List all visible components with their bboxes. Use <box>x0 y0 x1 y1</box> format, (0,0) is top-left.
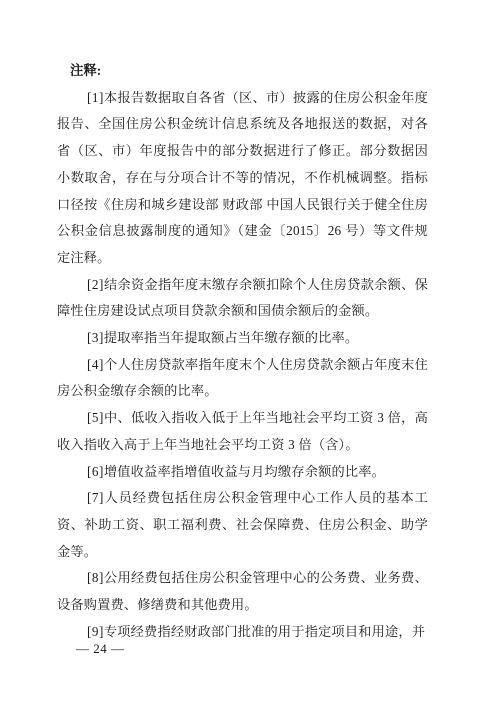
notes-heading: 注释: <box>57 58 428 85</box>
note-label-4: [4] <box>87 357 104 372</box>
page-number: — 24 — <box>76 639 125 659</box>
note-text-8: 公用经费包括住房公积金管理中心的公务费、业务费、设备购置费、修缮费和其他费用。 <box>57 570 428 612</box>
note-paragraph-8: [8]公用经费包括住房公积金管理中心的公务费、业务费、设备购置费、修缮费和其他费… <box>57 565 428 618</box>
note-text-6: 增值收益率指增值收益与月均缴存余额的比率。 <box>104 464 385 479</box>
note-text-3: 提取率指当年提取额占当年缴存额的比率。 <box>104 330 358 345</box>
note-text-9: 专项经费指经财政部门批准的用于指定项目和用途，并 <box>104 624 425 639</box>
note-paragraph-2: [2]结余资金指年度末缴存余额扣除个人住房贷款余额、保障性住房建设试点项目贷款余… <box>57 272 428 325</box>
note-label-3: [3] <box>87 330 104 345</box>
note-text-4: 个人住房贷款率指年度末个人住房贷款余额占年度末住房公积金缴存余额的比率。 <box>57 357 428 399</box>
note-label-5: [5] <box>87 410 104 425</box>
note-paragraph-3: [3]提取率指当年提取额占当年缴存额的比率。 <box>57 325 428 352</box>
note-text-5: 中、低收入指收入低于上年当地社会平均工资 3 倍，高收入指收入高于上年当地社会平… <box>57 410 428 452</box>
note-paragraph-1: [1]本报告数据取自各省（区、市）披露的住房公积金年度报告、全国住房公积金统计信… <box>57 85 428 272</box>
note-label-6: [6] <box>87 464 104 479</box>
note-text-2: 结余资金指年度末缴存余额扣除个人住房贷款余额、保障性住房建设试点项目贷款余额和国… <box>57 277 428 319</box>
notes-section: 注释: [1]本报告数据取自各省（区、市）披露的住房公积金年度报告、全国住房公积… <box>57 58 428 645</box>
note-text-1: 本报告数据取自各省（区、市）披露的住房公积金年度报告、全国住房公积金统计信息系统… <box>57 90 428 265</box>
note-label-9: [9] <box>87 624 104 639</box>
note-label-8: [8] <box>87 570 104 585</box>
note-paragraph-4: [4]个人住房贷款率指年度末个人住房贷款余额占年度末住房公积金缴存余额的比率。 <box>57 352 428 405</box>
note-label-1: [1] <box>87 90 104 105</box>
note-label-7: [7] <box>87 490 104 505</box>
note-label-2: [2] <box>87 277 104 292</box>
note-paragraph-7: [7]人员经费包括住房公积金管理中心工作人员的基本工资、补助工资、职工福利费、社… <box>57 485 428 565</box>
document-page: 注释: [1]本报告数据取自各省（区、市）披露的住房公积金年度报告、全国住房公积… <box>0 0 500 707</box>
note-text-7: 人员经费包括住房公积金管理中心工作人员的基本工资、补助工资、职工福利费、社会保障… <box>57 490 428 558</box>
note-paragraph-6: [6]增值收益率指增值收益与月均缴存余额的比率。 <box>57 459 428 486</box>
note-paragraph-5: [5]中、低收入指收入低于上年当地社会平均工资 3 倍，高收入指收入高于上年当地… <box>57 405 428 458</box>
